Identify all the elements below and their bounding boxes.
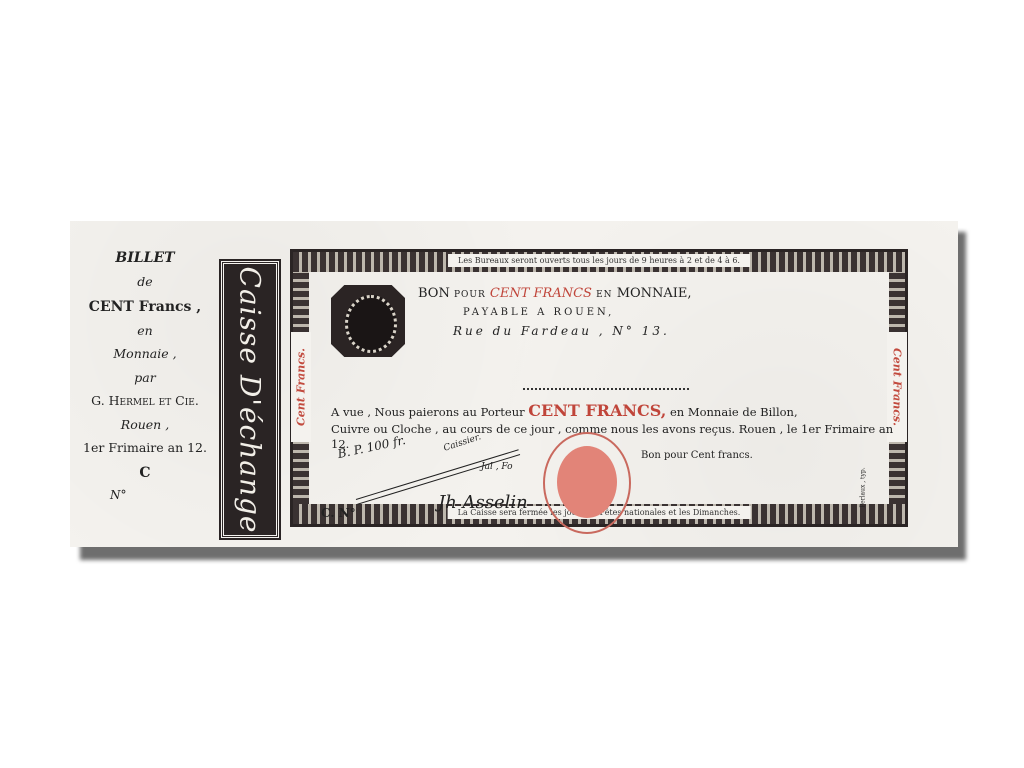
heading-address: Rue du Fardeau , N° 13. (453, 324, 692, 338)
note-frame: Les Bureaux seront ouverts tous les jour… (290, 249, 908, 527)
heading-pour: POUR (454, 290, 486, 300)
wavy-rule (523, 384, 689, 390)
heading-amount: CENT FRANCS (490, 286, 592, 301)
body-amount: CENT FRANCS, (528, 401, 666, 420)
stub-date: 1er Frimaire an 12. (70, 442, 220, 455)
body-text: en Monnaie de Billon, (670, 405, 798, 419)
heading-payable: PAYABLE A ROUEN, (463, 307, 692, 318)
heading-en: EN (596, 290, 612, 300)
stub-series: C (70, 466, 220, 480)
note-heading: BON POUR CENT FRANCS EN MONNAIE, PAYABLE… (418, 286, 692, 338)
banknote: BILLET de CENT Francs , en Monnaie , par… (70, 221, 958, 547)
vertical-cartouche: Caisse D'échange (221, 261, 279, 538)
red-seal (543, 432, 631, 534)
counterfoil-stub: BILLET de CENT Francs , en Monnaie , par… (70, 251, 220, 491)
body-text: A vue , Nous paierons au Porteur (331, 405, 525, 419)
stub-title: BILLET (70, 251, 220, 265)
printer-imprint: Perlaux , typ. (859, 467, 866, 507)
stub-line: Rouen , (70, 419, 220, 432)
stub-line: Monnaie , (70, 348, 220, 361)
left-side-text: Cent Francs. (295, 348, 308, 426)
top-border: Les Bureaux seront ouverts tous les jour… (293, 252, 905, 272)
right-border: Cent Francs. (889, 272, 905, 504)
allegorical-figure-vignette (331, 285, 405, 357)
heading-monnaie: MONNAIE, (617, 286, 692, 301)
stub-line: de (70, 276, 220, 289)
stub-line: en (70, 325, 220, 338)
top-notice: Les Bureaux seront ouverts tous les jour… (448, 254, 750, 267)
cartouche-text: Caisse D'échange (234, 266, 267, 533)
folio-label: Jal , Fo (481, 462, 513, 472)
heading-bon: BON (418, 286, 450, 301)
series-number: C. N° (321, 506, 356, 520)
stub-number-label: N° (110, 489, 127, 501)
stub-line: par (70, 372, 220, 385)
bon-pour-text: Bon pour Cent francs. (641, 450, 753, 461)
stub-issuer: G. Hermel et Cie. (70, 395, 220, 408)
signature: Jh Asselin (438, 492, 528, 513)
left-border: Cent Francs. (293, 272, 309, 504)
stub-line: CENT Francs , (70, 300, 220, 314)
